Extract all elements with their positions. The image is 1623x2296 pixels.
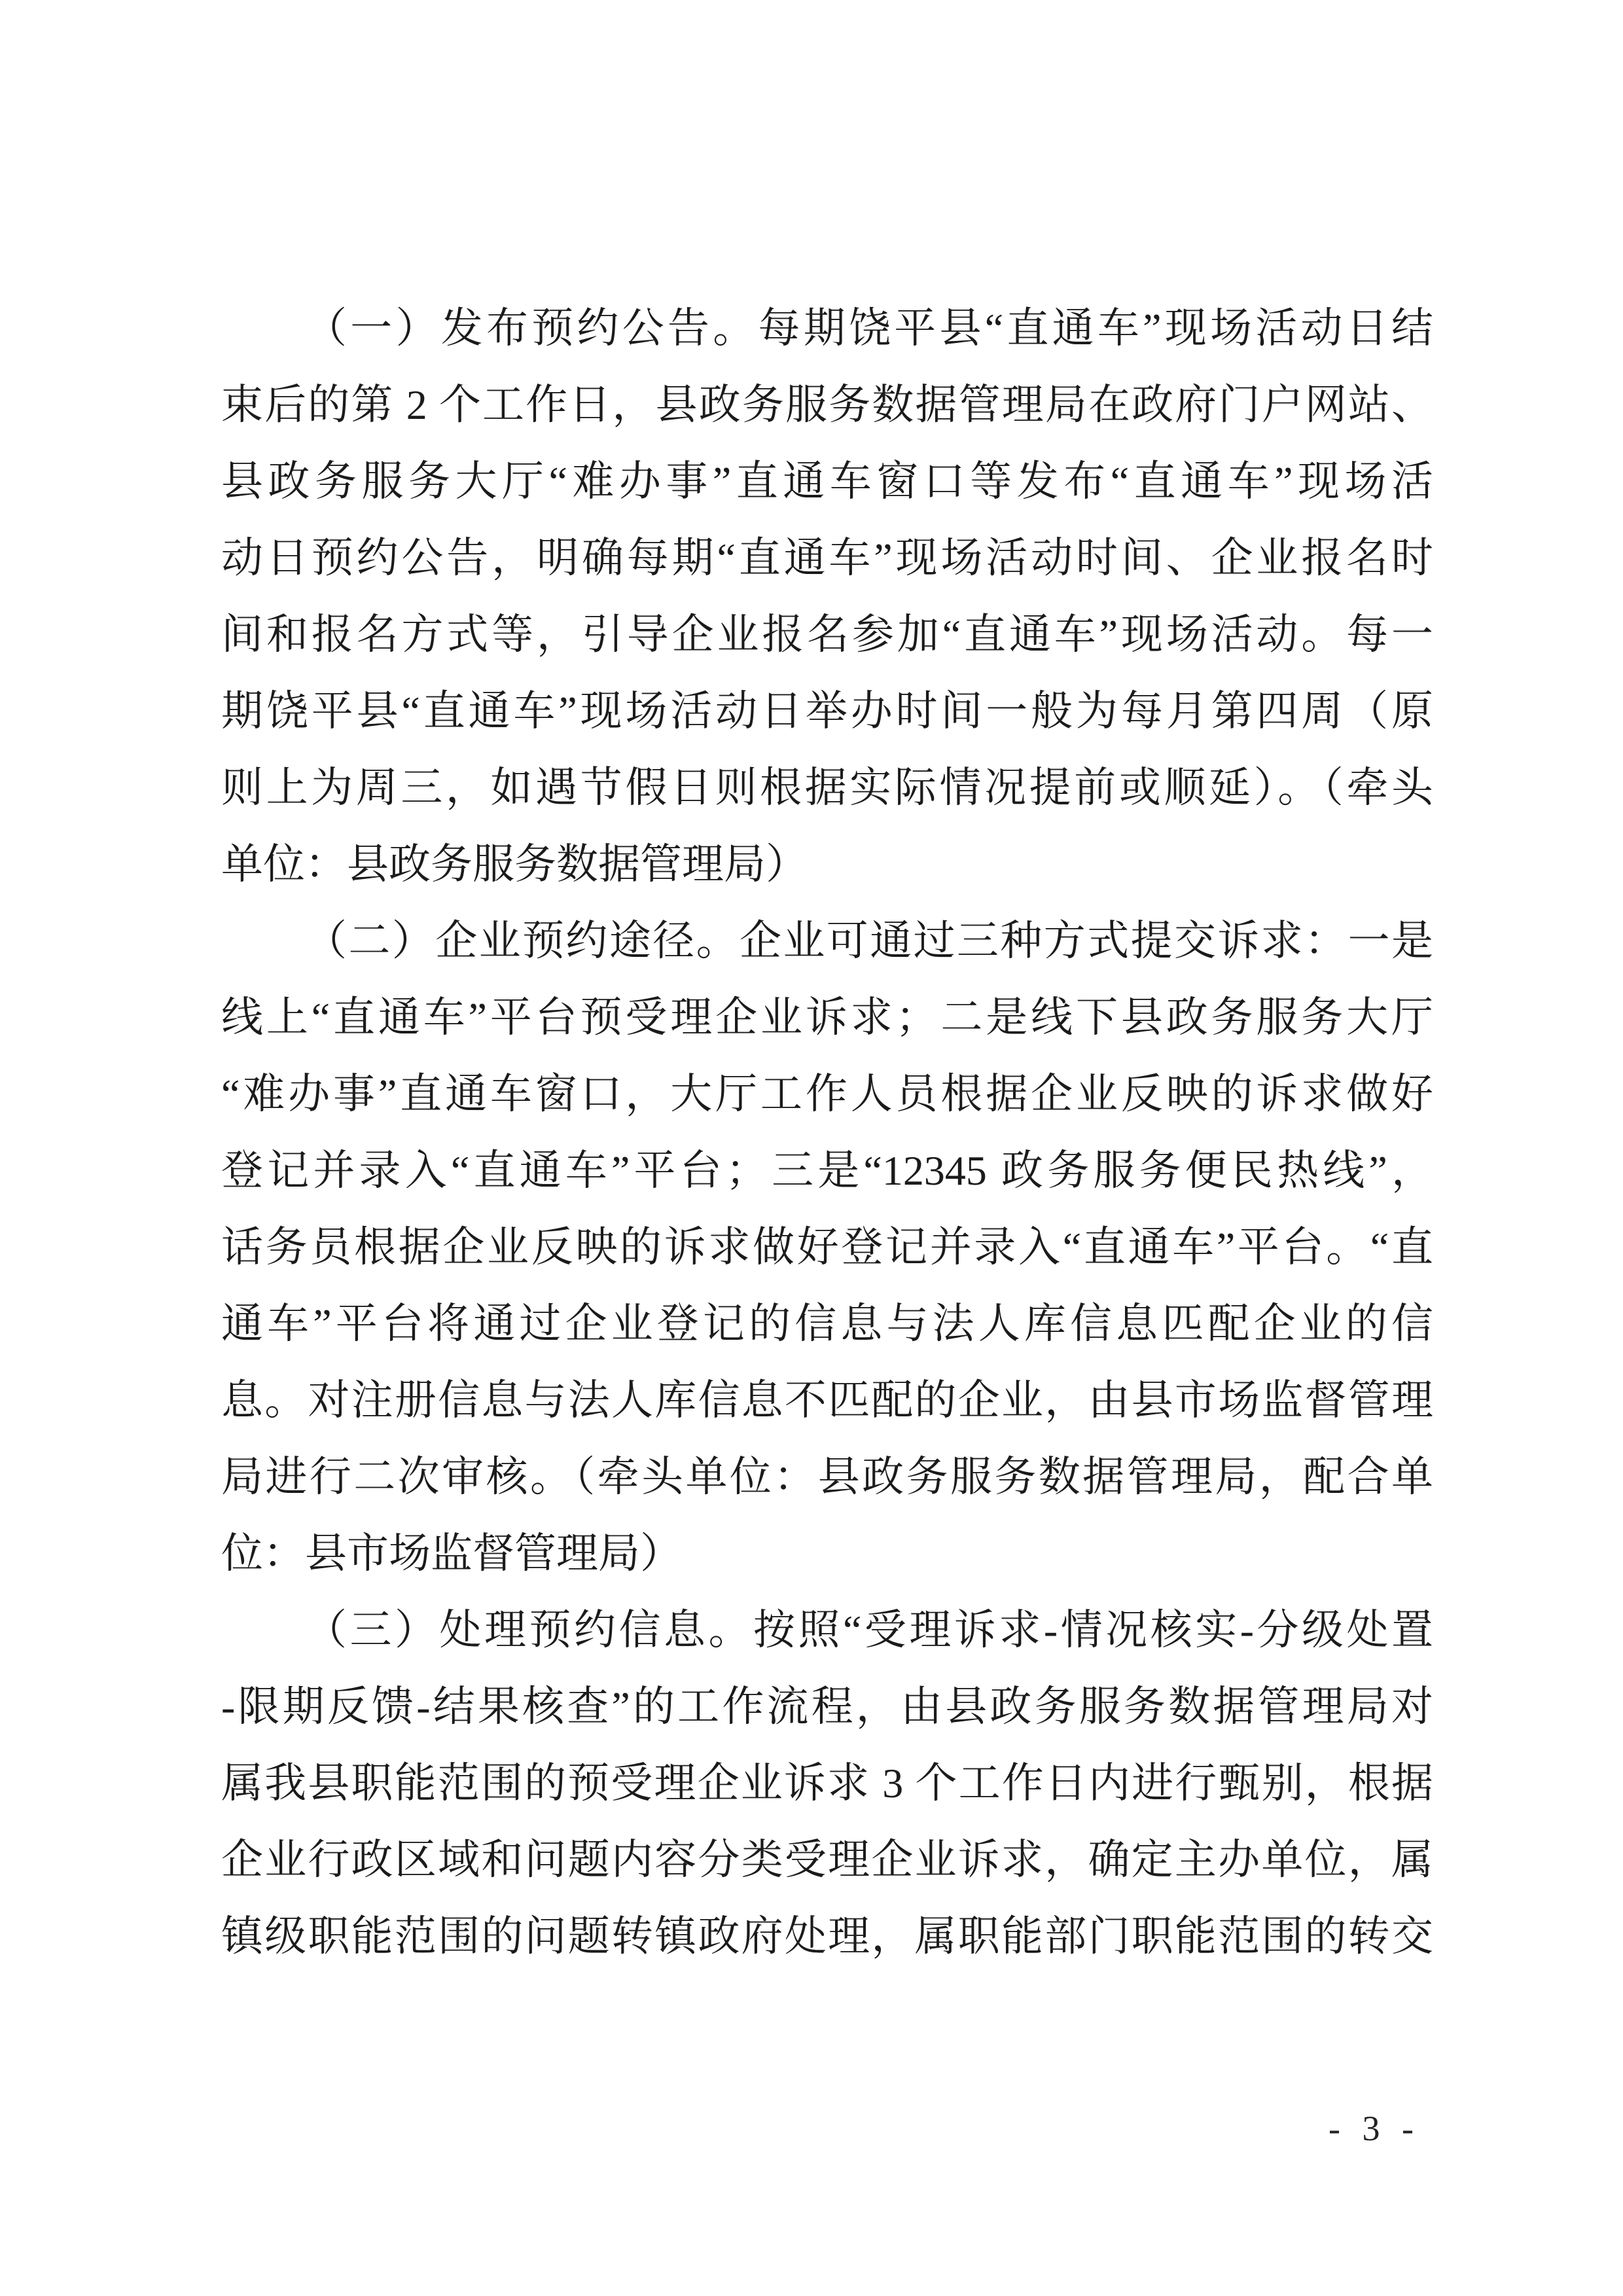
text-line: （一）发布预约公告。每期饶平县“直通车”现场活动日结	[221, 290, 1433, 367]
text-line: 企业行政区域和问题内容分类受理企业诉求，确定主办单位，属	[221, 1821, 1433, 1898]
document-body: （一）发布预约公告。每期饶平县“直通车”现场活动日结束后的第 2 个工作日，县政…	[221, 290, 1433, 1975]
paragraph-section-1: （一）发布预约公告。每期饶平县“直通车”现场活动日结束后的第 2 个工作日，县政…	[221, 290, 1433, 903]
text-line: 线上“直通车”平台预受理企业诉求；二是线下县政务服务大厅	[221, 979, 1433, 1056]
text-line: 息。对注册信息与法人库信息不匹配的企业，由县市场监督管理	[221, 1362, 1433, 1439]
text-line: 动日预约公告，明确每期“直通车”现场活动时间、企业报名时	[221, 520, 1433, 596]
page-number: - 3 -	[1312, 2102, 1436, 2155]
document-page: （一）发布预约公告。每期饶平县“直通车”现场活动日结束后的第 2 个工作日，县政…	[0, 0, 1623, 2296]
text-line: -限期反馈-结果核查”的工作流程，由县政务服务数据管理局对	[221, 1668, 1433, 1745]
text-line: 期饶平县“直通车”现场活动日举办时间一般为每月第四周（原	[221, 673, 1433, 749]
text-line: 位：县市场监督管理局）	[221, 1515, 1433, 1592]
text-line: 单位：县政务服务数据管理局）	[221, 826, 1433, 903]
text-line: 属我县职能范围的预受理企业诉求 3 个工作日内进行甄别，根据	[221, 1745, 1433, 1821]
text-line: 局进行二次审核。（牵头单位：县政务服务数据管理局，配合单	[221, 1439, 1433, 1515]
text-line: 登记并录入“直通车”平台；三是“12345 政务服务便民热线”，	[221, 1132, 1433, 1209]
paragraph-section-2: （二）企业预约途径。企业可通过三种方式提交诉求：一是线上“直通车”平台预受理企业…	[221, 903, 1433, 1592]
text-line: （三）处理预约信息。按照“受理诉求-情况核实-分级处置	[221, 1592, 1433, 1668]
paragraph-section-3: （三）处理预约信息。按照“受理诉求-情况核实-分级处置-限期反馈-结果核查”的工…	[221, 1592, 1433, 1975]
text-line: 束后的第 2 个工作日，县政务服务数据管理局在政府门户网站、	[221, 367, 1433, 443]
text-line: “难办事”直通车窗口，大厅工作人员根据企业反映的诉求做好	[221, 1056, 1433, 1132]
text-line: 则上为周三，如遇节假日则根据实际情况提前或顺延）。（牵头	[221, 749, 1433, 826]
text-line: 通车”平台将通过企业登记的信息与法人库信息匹配企业的信	[221, 1285, 1433, 1362]
text-line: 间和报名方式等，引导企业报名参加“直通车”现场活动。每一	[221, 596, 1433, 673]
text-line: 镇级职能范围的问题转镇政府处理，属职能部门职能范围的转交	[221, 1898, 1433, 1975]
text-line: 县政务服务大厅“难办事”直通车窗口等发布“直通车”现场活	[221, 443, 1433, 520]
text-line: 话务员根据企业反映的诉求做好登记并录入“直通车”平台。“直	[221, 1209, 1433, 1285]
text-line: （二）企业预约途径。企业可通过三种方式提交诉求：一是	[221, 903, 1433, 979]
